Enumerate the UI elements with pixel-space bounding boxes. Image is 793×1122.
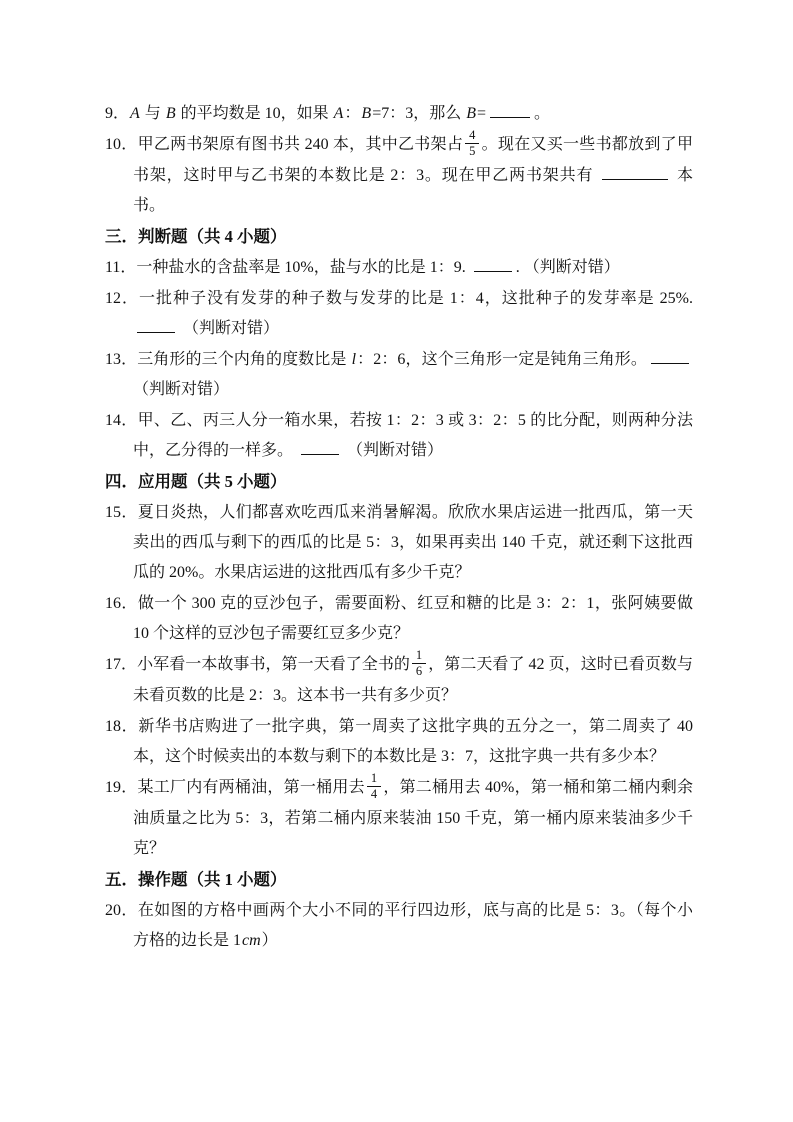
section-heading: 五．操作题（共 1 小题） [105, 865, 693, 895]
problem-text: ： [344, 105, 360, 122]
variable-text: B [465, 105, 477, 122]
problem-text: （判断对错） [133, 381, 229, 398]
item-number: 11． [105, 259, 136, 276]
item-number: 19． [105, 779, 137, 796]
problem-item: 13．三角形的三个内角的度数比是 l：2：6，这个三角形一定是钝角三角形。 （判… [105, 345, 693, 405]
fraction-numerator: 1 [367, 771, 381, 787]
answer-blank [474, 256, 512, 272]
problem-text: ：2：6，这个三角形一定是钝角三角形。 [357, 351, 647, 368]
problem-item: 16．做一个 300 克的豆沙包子，需要面粉、红豆和糖的比是 3：2：1，张阿姨… [105, 589, 693, 649]
fraction-numerator: 1 [412, 648, 426, 664]
problem-text: 在如图的方格中画两个大小不同的平行四边形，底与高的比是 5：3。（每个小方格的边… [133, 902, 693, 949]
item-number: 10． [105, 136, 138, 153]
fraction-denominator: 5 [465, 144, 479, 159]
item-number: 20． [105, 902, 138, 919]
problem-text: 一种盐水的含盐率是 10%，盐与水的比是 1：9. [136, 259, 469, 276]
answer-blank [137, 317, 175, 333]
problem-text: 做一个 300 克的豆沙包子，需要面粉、红豆和糖的比是 3：2：1，张阿姨要做 … [133, 595, 693, 642]
variable-text: A [333, 105, 345, 122]
problem-text: 的平均数是 10，如果 [177, 105, 333, 122]
problem-item: 18．新华书店购进了一批字典，第一周卖了这批字典的五分之一，第二周卖了 40 本… [105, 712, 693, 772]
variable-text: A [129, 105, 141, 122]
worksheet-page: 9．A 与 B 的平均数是 10，如果 A：B=7：3，那么 B=。10．甲乙两… [0, 0, 793, 1122]
problem-text: （判断对错） [343, 442, 443, 459]
problem-item: 9．A 与 B 的平均数是 10，如果 A：B=7：3，那么 B=。 [105, 99, 693, 129]
problem-text: ） [262, 932, 278, 949]
section-heading: 四．应用题（共 5 小题） [105, 467, 693, 497]
variable-text: cm [241, 932, 262, 949]
problem-text: 新华书店购进了一批字典，第一周卖了这批字典的五分之一，第二周卖了 40 本，这个… [133, 718, 693, 765]
problem-item: 14．甲、乙、丙三人分一箱水果，若按 1：2：3 或 3：2：5 的比分配，则两… [105, 406, 693, 466]
fraction-denominator: 4 [367, 787, 381, 802]
item-number: 13． [105, 351, 137, 368]
item-number: 12． [105, 290, 139, 307]
fraction-numerator: 4 [465, 128, 479, 144]
answer-blank [651, 348, 689, 364]
fraction: 16 [412, 648, 426, 679]
answer-blank [602, 164, 668, 180]
problem-text: （判断对错） [179, 320, 279, 337]
answer-blank [490, 102, 530, 118]
problem-item: 10．甲乙两书架原有图书共 240 本，其中乙书架占45。现在又买一些书都放到了… [105, 130, 693, 221]
problem-text: 甲乙两书架原有图书共 240 本，其中乙书架占 [138, 136, 464, 153]
item-number: 9． [105, 105, 129, 122]
problem-text: = [477, 105, 486, 122]
problem-item: 19．某工厂内有两桶油，第一桶用去14，第二桶用去 40%，第一桶和第二桶内剩余… [105, 773, 693, 864]
item-number: 14． [105, 412, 138, 429]
item-number: 15． [105, 504, 138, 521]
problem-item: 15．夏日炎热，人们都喜欢吃西瓜来消暑解渴。欣欣水果店运进一批西瓜，第一天卖出的… [105, 498, 693, 588]
item-number: 16． [105, 595, 138, 612]
item-number: 18． [105, 718, 138, 735]
problem-text: 某工厂内有两桶油，第一桶用去 [137, 779, 364, 796]
answer-blank [301, 439, 339, 455]
problem-item: 17．小军看一本故事书，第一天看了全书的16，第二天看了 42 页，这时已看页数… [105, 650, 693, 711]
problem-text: 一批种子没有发芽的种子数与发芽的比是 1：4，这批种子的发芽率是 25%. [139, 290, 693, 307]
problem-item: 12．一批种子没有发芽的种子数与发芽的比是 1：4，这批种子的发芽率是 25%.… [105, 284, 693, 344]
problem-text: 与 [141, 105, 165, 122]
fraction-denominator: 6 [412, 664, 426, 679]
problem-text: . （判断对错） [516, 259, 620, 276]
problem-text: =7：3，那么 [372, 105, 465, 122]
section-heading: 三．判断题（共 4 小题） [105, 222, 693, 252]
worksheet-content: 9．A 与 B 的平均数是 10，如果 A：B=7：3，那么 B=。10．甲乙两… [105, 99, 693, 956]
item-number: 17． [105, 656, 137, 673]
problem-text: 夏日炎热，人们都喜欢吃西瓜来消暑解渴。欣欣水果店运进一批西瓜，第一天卖出的西瓜与… [133, 504, 693, 581]
problem-item: 20．在如图的方格中画两个大小不同的平行四边形，底与高的比是 5：3。（每个小方… [105, 896, 693, 956]
problem-item: 11．一种盐水的含盐率是 10%，盐与水的比是 1：9. . （判断对错） [105, 253, 693, 283]
fraction: 14 [367, 771, 381, 802]
variable-text: B [360, 105, 372, 122]
problem-text: 小军看一本故事书，第一天看了全书的 [137, 656, 410, 673]
problem-text: 。 [534, 105, 550, 122]
variable-text: B [165, 105, 177, 122]
problem-text: 三角形的三个内角的度数比是 [137, 351, 350, 368]
fraction: 45 [465, 128, 479, 159]
